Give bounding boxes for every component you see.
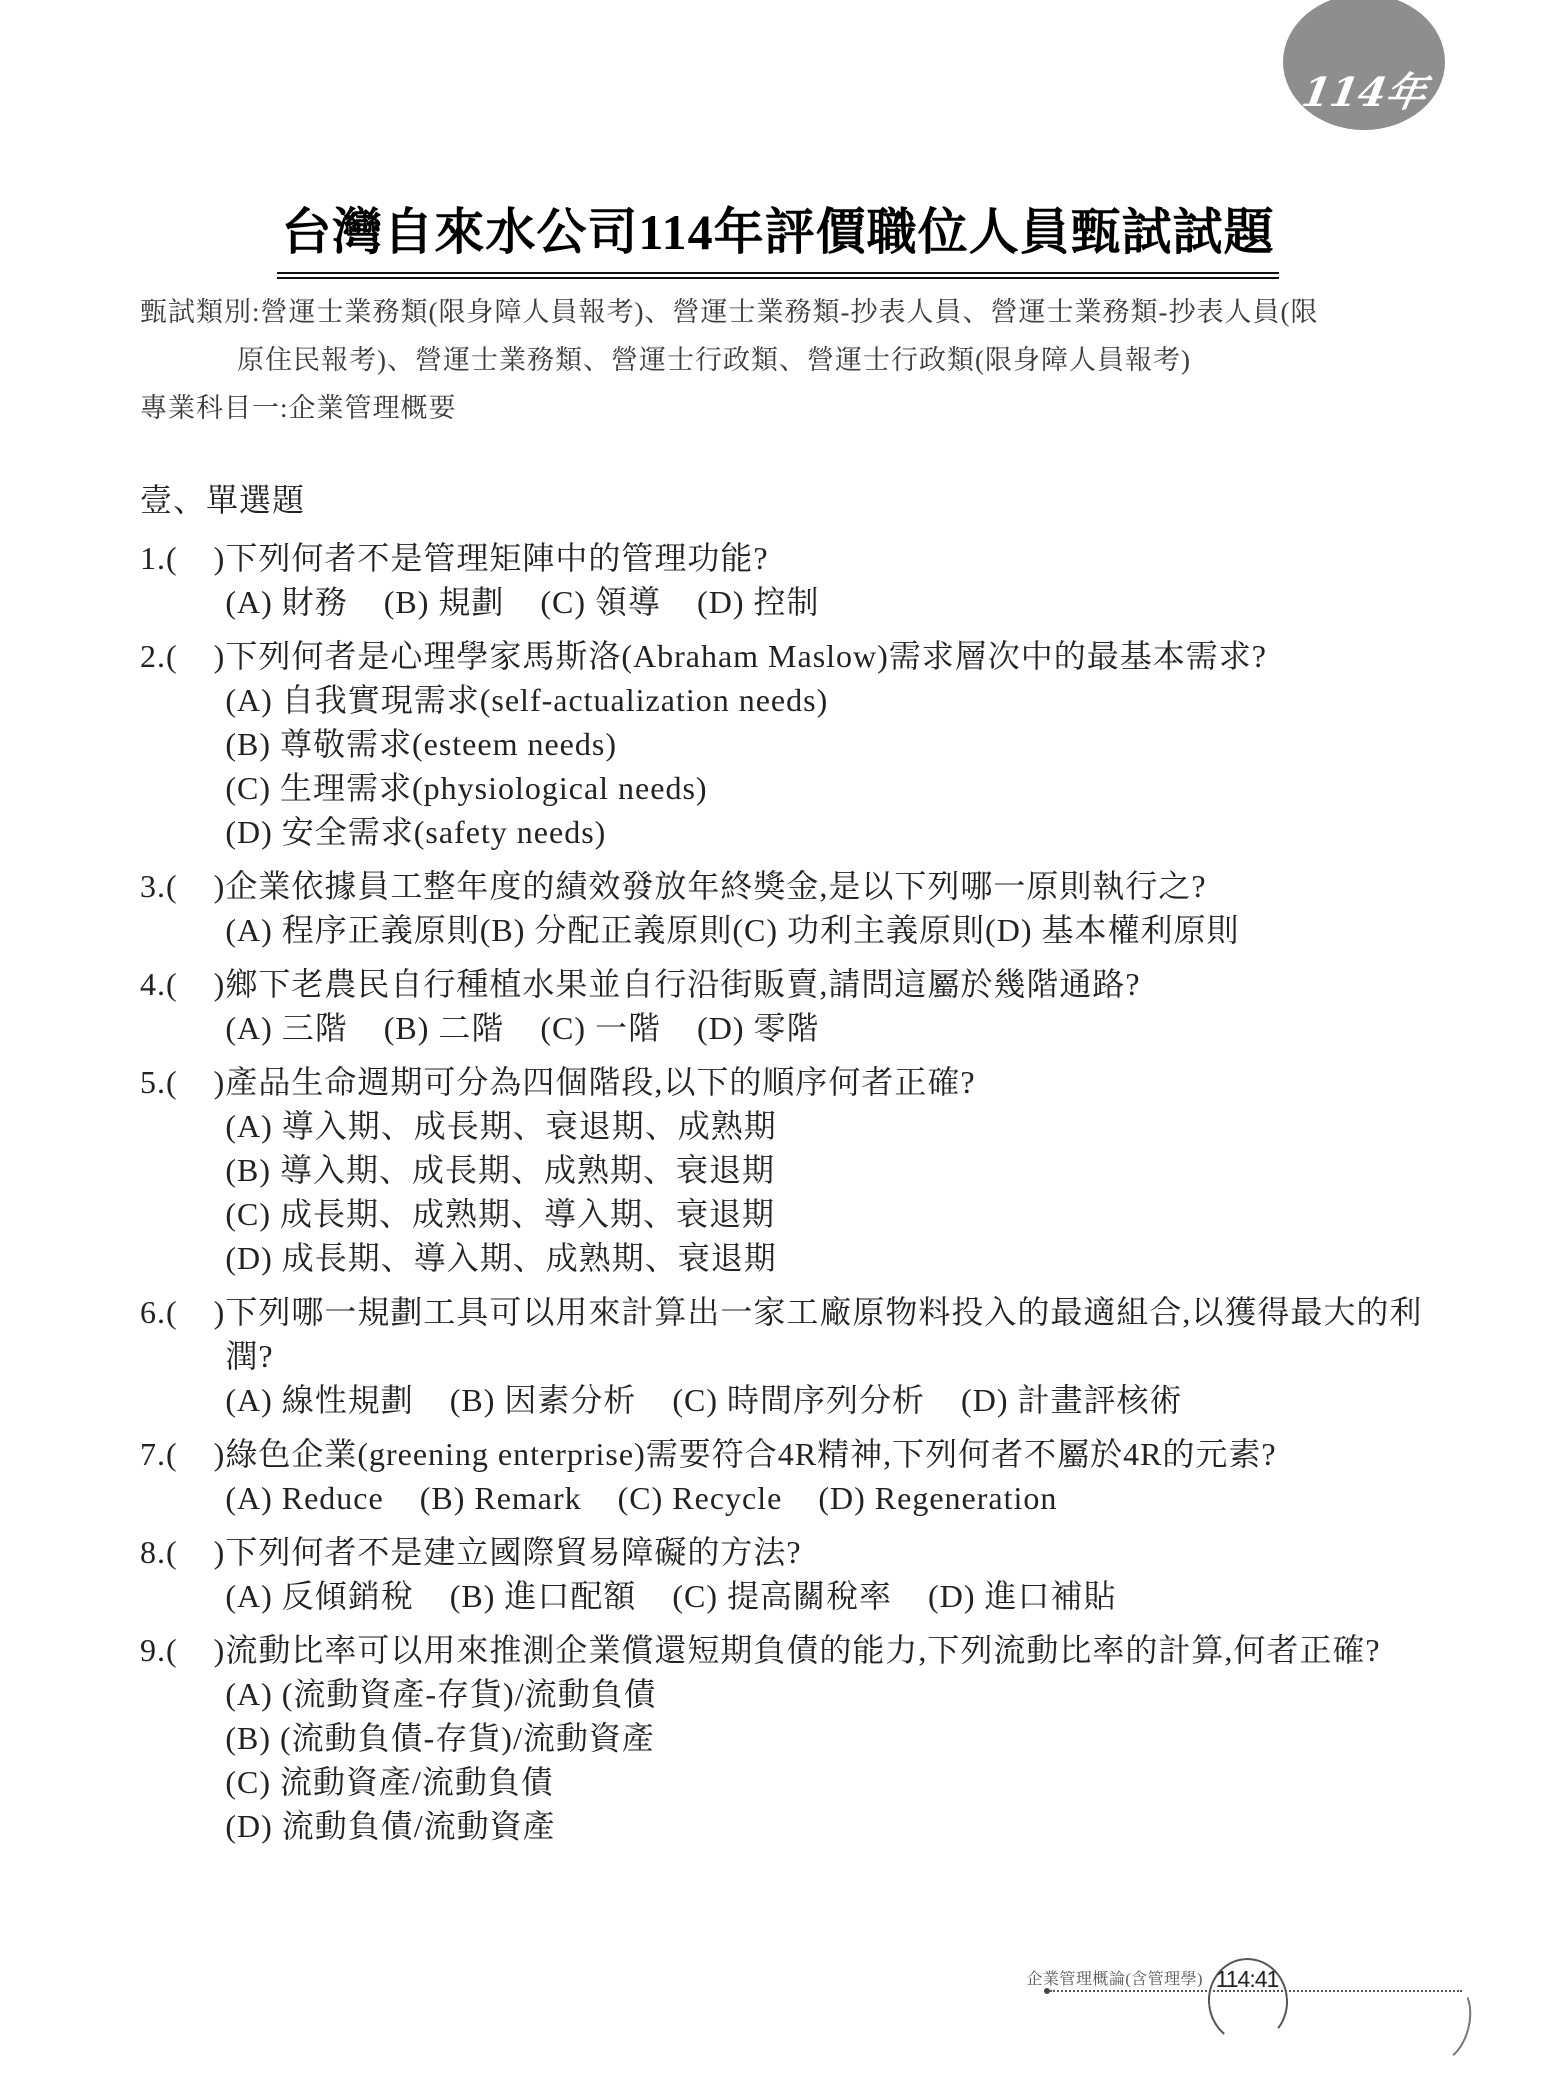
question-7: 7. ( ) 綠色企業(greening enterprise)需要符合4R精神…	[140, 1432, 1428, 1520]
exam-title: 台灣自來水公司114年評價職位人員甄試試題	[277, 192, 1278, 279]
year-badge-label: 114年	[1296, 61, 1432, 130]
exam-page: 114年 台灣自來水公司114年評價職位人員甄試試題 甄試類別:營運士業務類(限…	[0, 0, 1544, 2095]
question-3-stem: 企業依據員工整年度的績效發放年終獎金,是以下列哪一原則執行之?	[225, 864, 1428, 908]
question-2-option-b: (B) 尊敬需求(esteem needs)	[225, 722, 1428, 766]
question-7-stem: 綠色企業(greening enterprise)需要符合4R精神,下列何者不屬…	[225, 1432, 1428, 1476]
question-9: 9. ( ) 流動比率可以用來推測企業償還短期負債的能力,下列流動比率的計算,何…	[140, 1628, 1428, 1848]
question-7-number: 7.	[140, 1432, 166, 1476]
exam-meta: 甄試類別:營運士業務類(限身障人員報考)、營運士業務類-抄表人員、營運士業務類-…	[140, 288, 1436, 432]
question-4-answer-blank: ( )	[166, 962, 225, 1006]
question-3-number: 3.	[140, 864, 166, 908]
question-4-body: 鄉下老農民自行種植水果並自行沿街販賣,請問這屬於幾階通路? (A) 三階 (B)…	[225, 962, 1428, 1050]
question-1-stem: 下列何者不是管理矩陣中的管理功能?	[225, 536, 1428, 580]
question-9-number: 9.	[140, 1628, 166, 1672]
question-6-options: (A) 線性規劃 (B) 因素分析 (C) 時間序列分析 (D) 計畫評核術	[225, 1378, 1428, 1422]
question-6: 6. ( ) 下列哪一規劃工具可以用來計算出一家工廠原物料投入的最適組合,以獲得…	[140, 1290, 1428, 1422]
question-7-body: 綠色企業(greening enterprise)需要符合4R精神,下列何者不屬…	[225, 1432, 1428, 1520]
question-3-body: 企業依據員工整年度的績效發放年終獎金,是以下列哪一原則執行之? (A) 程序正義…	[225, 864, 1428, 952]
question-8-answer-blank: ( )	[166, 1530, 225, 1574]
question-5-option-a: (A) 導入期、成長期、衰退期、成熟期	[225, 1104, 1428, 1148]
question-7-answer-blank: ( )	[166, 1432, 225, 1476]
question-3-answer-blank: ( )	[166, 864, 225, 908]
question-8: 8. ( ) 下列何者不是建立國際貿易障礙的方法? (A) 反傾銷稅 (B) 進…	[140, 1530, 1428, 1618]
footer-curl-arc	[1415, 1980, 1479, 2067]
question-2-stem: 下列何者是心理學家馬斯洛(Abraham Maslow)需求層次中的最基本需求?	[225, 634, 1428, 678]
question-3-options: (A) 程序正義原則(B) 分配正義原則(C) 功利主義原則(D) 基本權利原則	[225, 908, 1428, 952]
question-9-option-b: (B) (流動負債-存貨)/流動資產	[225, 1716, 1428, 1760]
question-4-stem: 鄉下老農民自行種植水果並自行沿街販賣,請問這屬於幾階通路?	[225, 962, 1428, 1006]
question-6-body: 下列哪一規劃工具可以用來計算出一家工廠原物料投入的最適組合,以獲得最大的利潤? …	[225, 1290, 1428, 1422]
question-9-body: 流動比率可以用來推測企業償還短期負債的能力,下列流動比率的計算,何者正確? (A…	[225, 1628, 1428, 1848]
subject-line: 專業科目一:企業管理概要	[140, 384, 1436, 432]
question-1: 1. ( ) 下列何者不是管理矩陣中的管理功能? (A) 財務 (B) 規劃 (…	[140, 536, 1428, 624]
question-1-options: (A) 財務 (B) 規劃 (C) 領導 (D) 控制	[225, 580, 1428, 624]
question-6-number: 6.	[140, 1290, 166, 1334]
year-badge: 114年	[1283, 0, 1445, 130]
question-7-options: (A) Reduce (B) Remark (C) Recycle (D) Re…	[225, 1476, 1428, 1520]
question-2-option-c: (C) 生理需求(physiological needs)	[225, 766, 1428, 810]
question-2: 2. ( ) 下列何者是心理學家馬斯洛(Abraham Maslow)需求層次中…	[140, 634, 1428, 854]
question-4-options: (A) 三階 (B) 二階 (C) 一階 (D) 零階	[225, 1006, 1428, 1050]
question-5-option-c: (C) 成長期、成熟期、導入期、衰退期	[225, 1192, 1428, 1236]
question-5: 5. ( ) 產品生命週期可分為四個階段,以下的順序何者正確? (A) 導入期、…	[140, 1060, 1428, 1280]
question-9-option-d: (D) 流動負債/流動資產	[225, 1804, 1428, 1848]
question-5-body: 產品生命週期可分為四個階段,以下的順序何者正確? (A) 導入期、成長期、衰退期…	[225, 1060, 1428, 1280]
question-2-option-a: (A) 自我實現需求(self-actualization needs)	[225, 678, 1428, 722]
question-1-answer-blank: ( )	[166, 536, 225, 580]
question-4: 4. ( ) 鄉下老農民自行種植水果並自行沿街販賣,請問這屬於幾階通路? (A)…	[140, 962, 1428, 1050]
question-8-stem: 下列何者不是建立國際貿易障礙的方法?	[225, 1530, 1428, 1574]
question-5-option-d: (D) 成長期、導入期、成熟期、衰退期	[225, 1236, 1428, 1280]
question-8-number: 8.	[140, 1530, 166, 1574]
question-5-number: 5.	[140, 1060, 166, 1104]
question-list: 壹、單選題 1. ( ) 下列何者不是管理矩陣中的管理功能? (A) 財務 (B…	[140, 478, 1428, 1858]
category-line-1: 甄試類別:營運士業務類(限身障人員報考)、營運士業務類-抄表人員、營運士業務類-…	[140, 288, 1436, 336]
section-title: 壹、單選題	[140, 478, 1428, 522]
question-2-number: 2.	[140, 634, 166, 678]
question-4-number: 4.	[140, 962, 166, 1006]
question-9-option-c: (C) 流動資產/流動負債	[225, 1760, 1428, 1804]
question-5-stem: 產品生命週期可分為四個階段,以下的順序何者正確?	[225, 1060, 1428, 1104]
question-9-answer-blank: ( )	[166, 1628, 225, 1672]
question-6-answer-blank: ( )	[166, 1290, 225, 1334]
question-9-option-a: (A) (流動資產-存貨)/流動負債	[225, 1672, 1428, 1716]
question-8-body: 下列何者不是建立國際貿易障礙的方法? (A) 反傾銷稅 (B) 進口配額 (C)…	[225, 1530, 1428, 1618]
question-6-stem: 下列哪一規劃工具可以用來計算出一家工廠原物料投入的最適組合,以獲得最大的利潤?	[225, 1290, 1428, 1378]
question-5-answer-blank: ( )	[166, 1060, 225, 1104]
page-number: 114:41	[1213, 1966, 1281, 1993]
question-2-answer-blank: ( )	[166, 634, 225, 678]
footer-subject: 企業管理概論(含管理學)	[1026, 1966, 1203, 1989]
question-3: 3. ( ) 企業依據員工整年度的績效發放年終獎金,是以下列哪一原則執行之? (…	[140, 864, 1428, 952]
question-1-number: 1.	[140, 536, 166, 580]
question-8-options: (A) 反傾銷稅 (B) 進口配額 (C) 提高關稅率 (D) 進口補貼	[225, 1574, 1428, 1618]
question-9-stem: 流動比率可以用來推測企業償還短期負債的能力,下列流動比率的計算,何者正確?	[225, 1628, 1428, 1672]
question-2-option-d: (D) 安全需求(safety needs)	[225, 810, 1428, 854]
category-line-2: 原住民報考)、營運士業務類、營運士行政類、營運士行政類(限身障人員報考)	[140, 336, 1436, 384]
question-2-body: 下列何者是心理學家馬斯洛(Abraham Maslow)需求層次中的最基本需求?…	[225, 634, 1428, 854]
header: 台灣自來水公司114年評價職位人員甄試試題	[140, 192, 1416, 279]
question-5-option-b: (B) 導入期、成長期、成熟期、衰退期	[225, 1148, 1428, 1192]
question-1-body: 下列何者不是管理矩陣中的管理功能? (A) 財務 (B) 規劃 (C) 領導 (…	[225, 536, 1428, 624]
